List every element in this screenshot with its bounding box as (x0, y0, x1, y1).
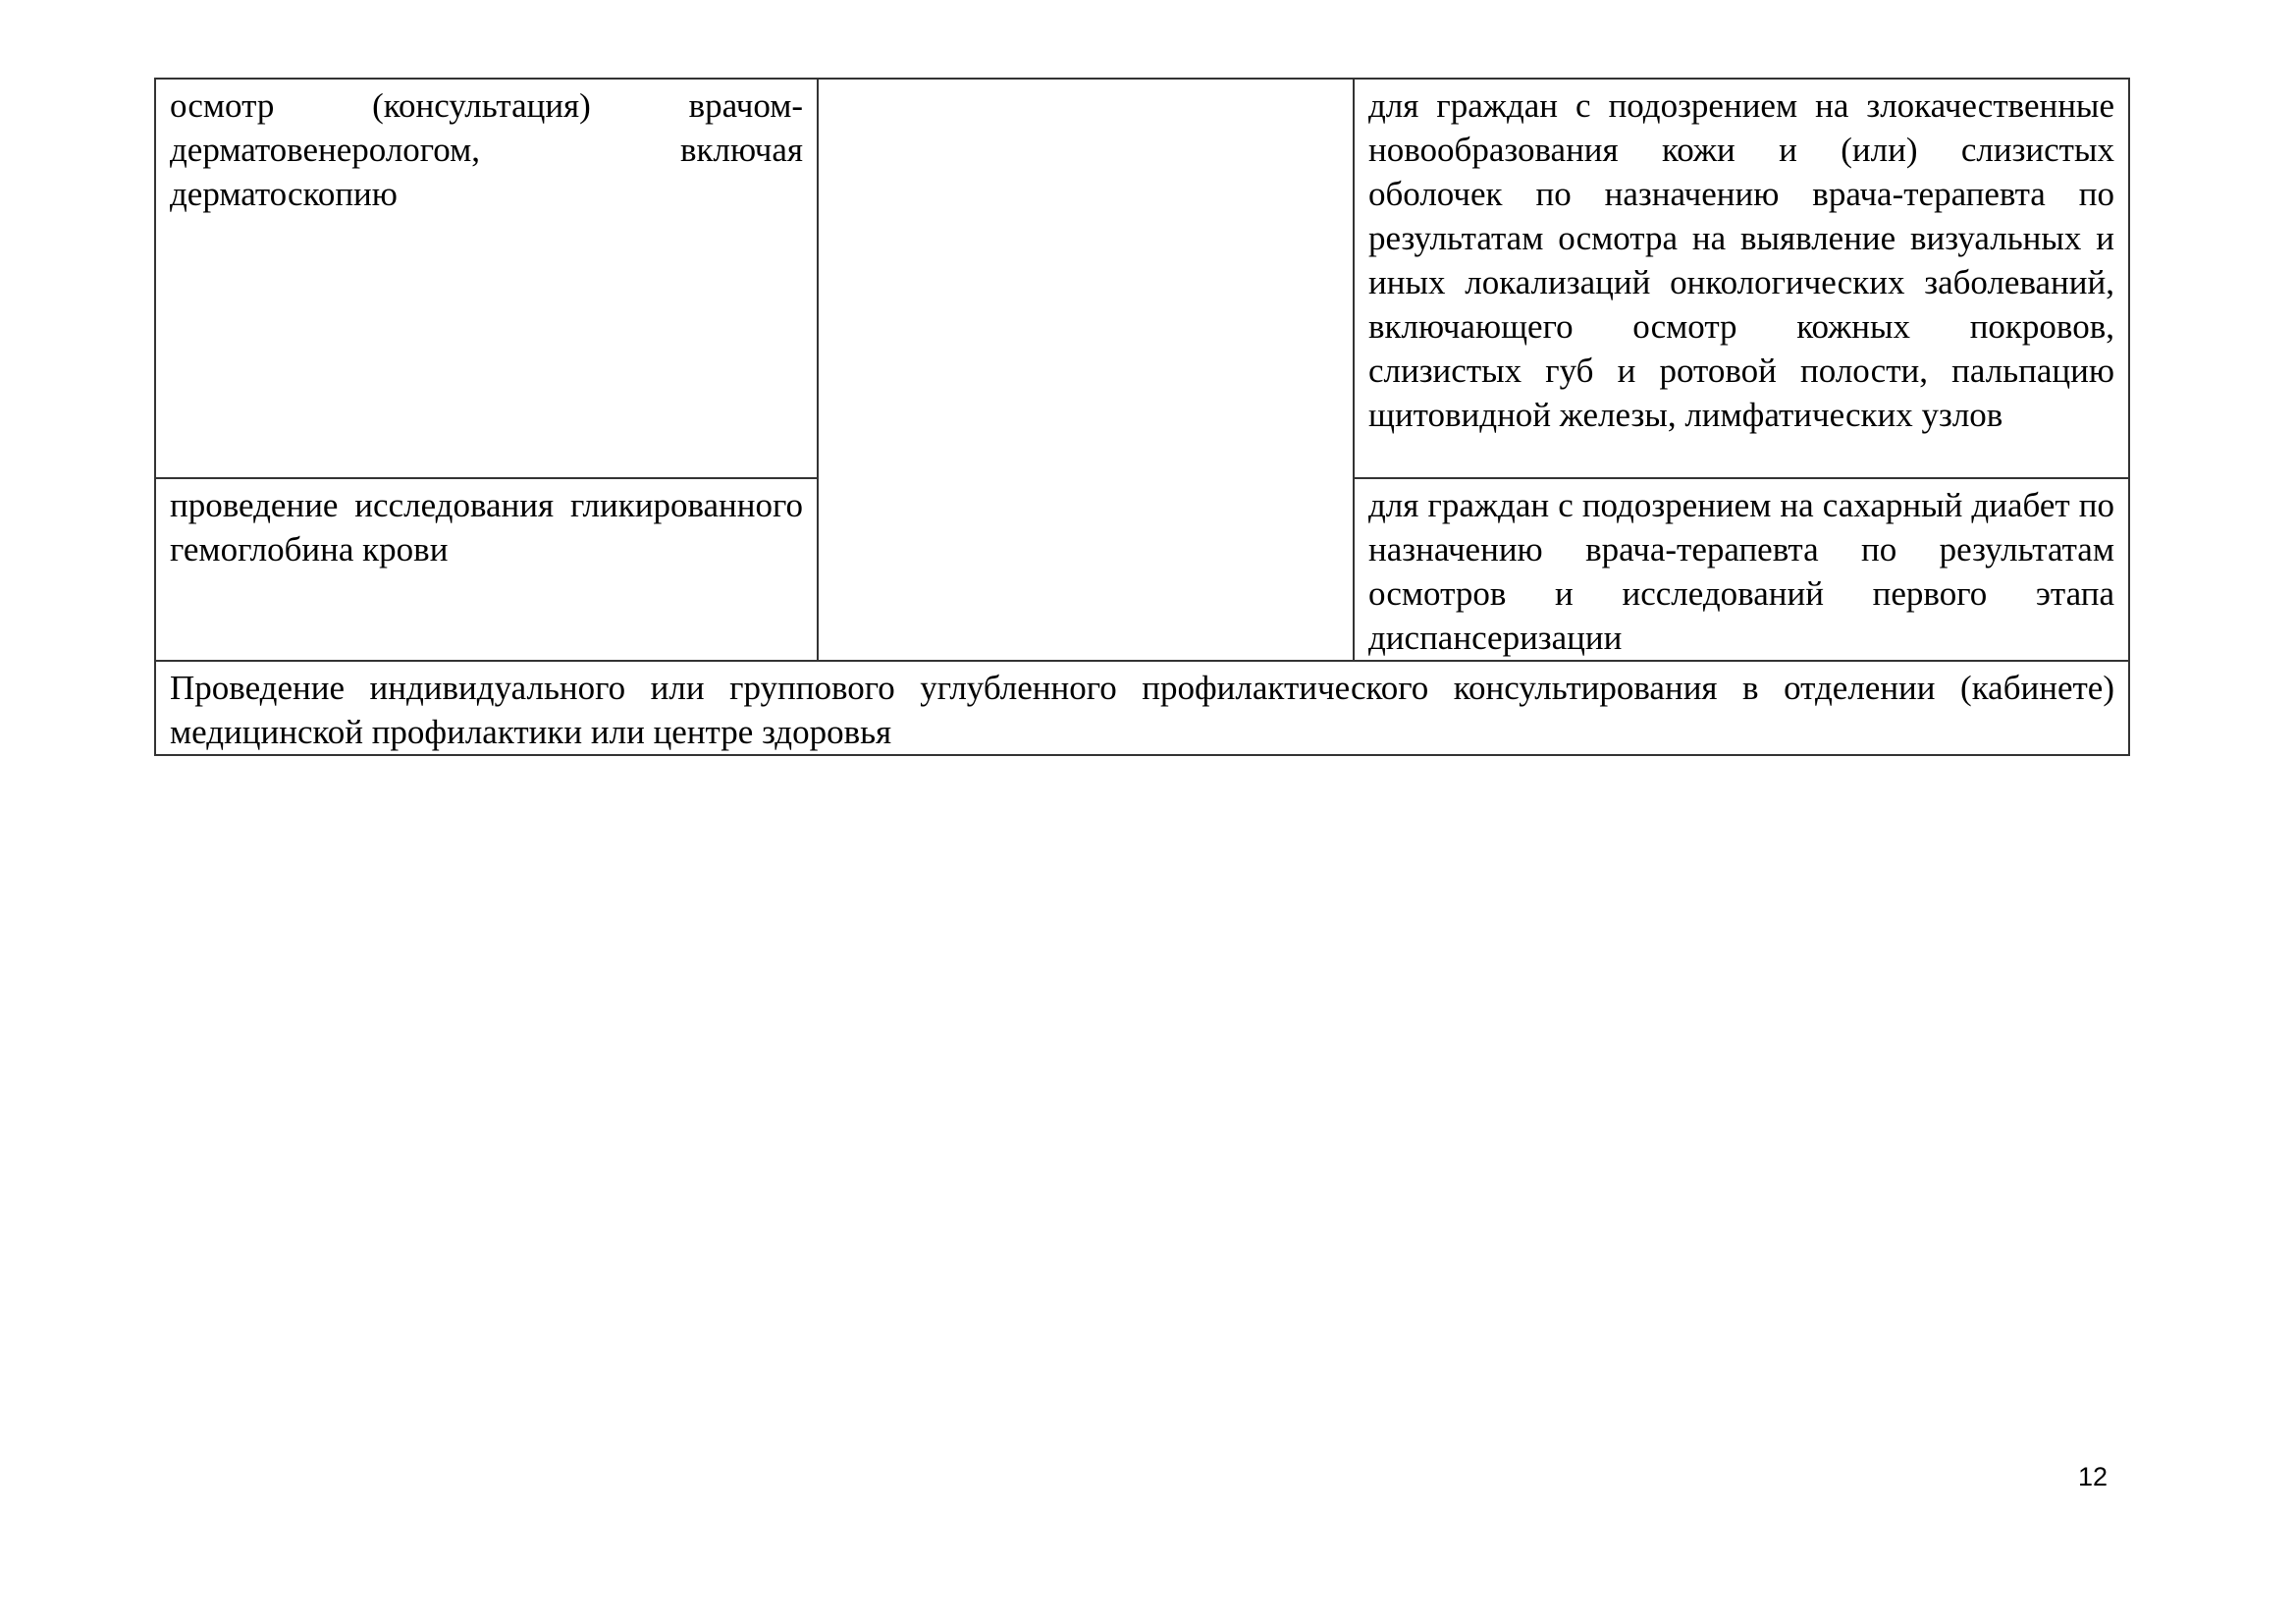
cell-condition-dermatology: для граждан с подозрением на злокачестве… (1354, 79, 2129, 478)
table-row: Проведение индивидуального или групповог… (155, 661, 2129, 755)
cell-counseling: Проведение индивидуального или групповог… (155, 661, 2129, 755)
cell-condition-hba1c: для граждан с подозрением на сахарный ди… (1354, 478, 2129, 661)
cell-empty-merged (818, 79, 1354, 661)
page-number: 12 (2078, 1461, 2108, 1492)
table-row: осмотр (консультация) врачом-дерматовене… (155, 79, 2129, 478)
document-page: осмотр (консультация) врачом-дерматовене… (0, 0, 2296, 1624)
cell-procedure-hba1c: проведение исследования гликированного г… (155, 478, 818, 661)
cell-procedure-dermatology: осмотр (консультация) врачом-дерматовене… (155, 79, 818, 478)
procedures-table: осмотр (консультация) врачом-дерматовене… (154, 78, 2130, 756)
